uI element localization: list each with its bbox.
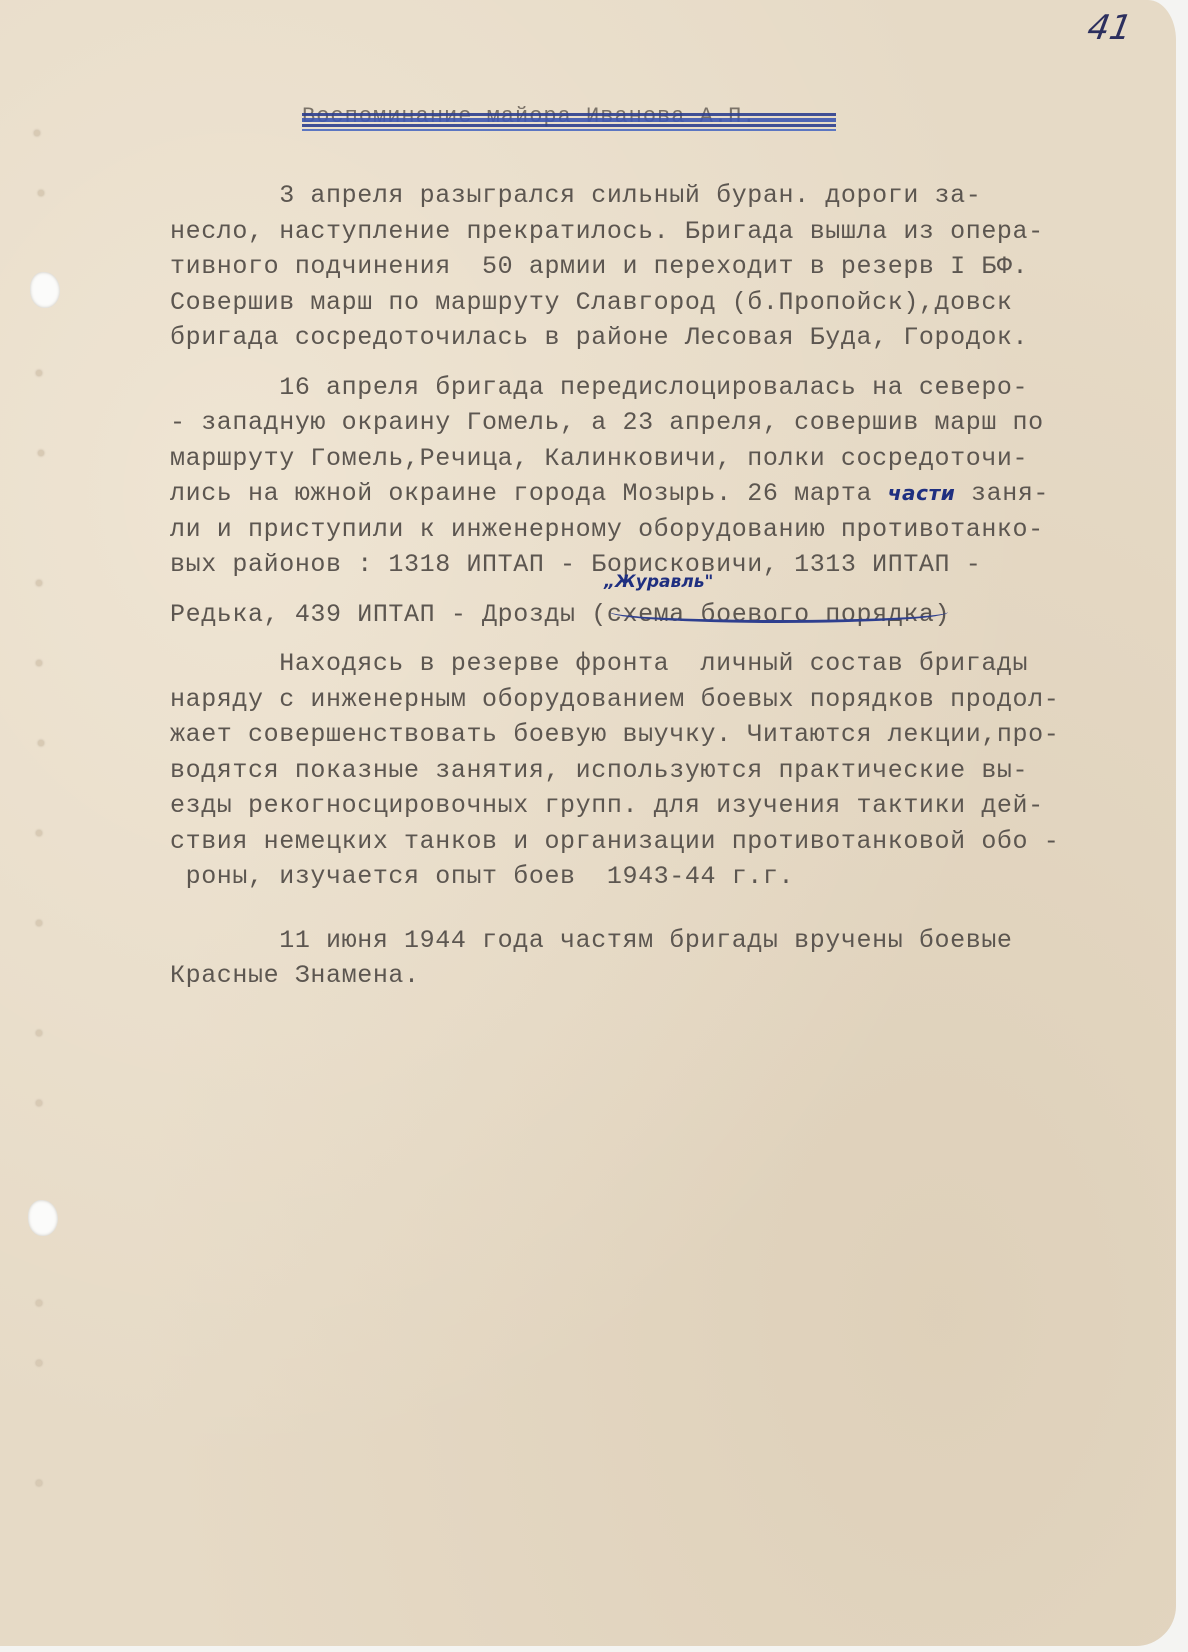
binding-mark (38, 190, 44, 196)
text-line: роны, изучается опыт боев 1943-44 г.г. (170, 859, 1130, 895)
text-segment: заня- (955, 479, 1049, 508)
text-line: несло, наступление прекратилось. Бригада… (170, 214, 1130, 250)
binding-mark (36, 1300, 42, 1306)
text-line: Красные Знамена. (170, 958, 1130, 994)
text-line: жает совершенствовать боевую выучку. Чит… (170, 717, 1130, 753)
binding-mark (36, 830, 42, 836)
strike-line (302, 124, 836, 127)
paragraph-3: Находясь в резерве фронта личный состав … (170, 646, 1130, 895)
text-line: ствия немецких танков и организации прот… (170, 824, 1130, 860)
handwritten-annotation: „Журавль" (604, 572, 713, 592)
punch-hole (30, 272, 60, 308)
text-line: 11 июня 1944 года частям бригады вручены… (170, 923, 1130, 959)
binding-mark (34, 130, 40, 136)
text-line: маршруту Гомель,Речица, Калинковичи, пол… (170, 441, 1130, 477)
text-line: езды рекогносцировочных групп. для изуче… (170, 788, 1130, 824)
text-line: водятся показные занятия, используются п… (170, 753, 1130, 789)
strike-line (302, 113, 836, 116)
binding-mark (36, 370, 42, 376)
binding-mark (36, 1100, 42, 1106)
binding-mark (36, 660, 42, 666)
binding-mark (36, 1360, 42, 1366)
strike-line (302, 118, 836, 122)
paragraph-2: 16 апреля бригада передислоцировалась на… (170, 370, 1130, 633)
page-number: 41 (1084, 8, 1134, 48)
text-line: тивного подчинения 50 армии и переходит … (170, 249, 1130, 285)
punch-hole (28, 1200, 58, 1236)
document-page: 41 Воспоминание майора Иванова А.П. 3 ап… (0, 0, 1176, 1646)
strike-line (302, 129, 836, 131)
binding-mark (38, 450, 44, 456)
text-line: бригада сосредоточилась в районе Лесовая… (170, 320, 1130, 356)
text-segment: лись на южной окраине города Мозырь. 26 … (170, 479, 888, 508)
text-line: 3 апреля разыгрался сильный буран. дорог… (170, 178, 1130, 214)
text-line: 16 апреля бригада передислоцировалась на… (170, 370, 1130, 406)
text-line: ли и приступили к инженерному оборудован… (170, 512, 1130, 548)
binding-mark (38, 740, 44, 746)
binding-mark (36, 580, 42, 586)
paragraph-4: 11 июня 1944 года частям бригады вручены… (170, 923, 1130, 994)
text-line: наряду с инженерным оборудованием боевых… (170, 682, 1130, 718)
binding-mark (36, 920, 42, 926)
struck-through-title: Воспоминание майора Иванова А.П. (302, 104, 836, 132)
text-line: Находясь в резерве фронта личный состав … (170, 646, 1130, 682)
text-line: Совершив марш по маршруту Славгород (б.П… (170, 285, 1130, 321)
handwritten-insert: части (888, 481, 956, 505)
text-line: - западную окраину Гомель, а 23 апреля, … (170, 405, 1130, 441)
binding-mark (36, 1480, 42, 1486)
binding-mark (36, 1030, 42, 1036)
text-line: лись на южной окраине города Мозырь. 26 … (170, 476, 1130, 512)
paragraph-1: 3 апреля разыгрался сильный буран. дорог… (170, 178, 1130, 356)
